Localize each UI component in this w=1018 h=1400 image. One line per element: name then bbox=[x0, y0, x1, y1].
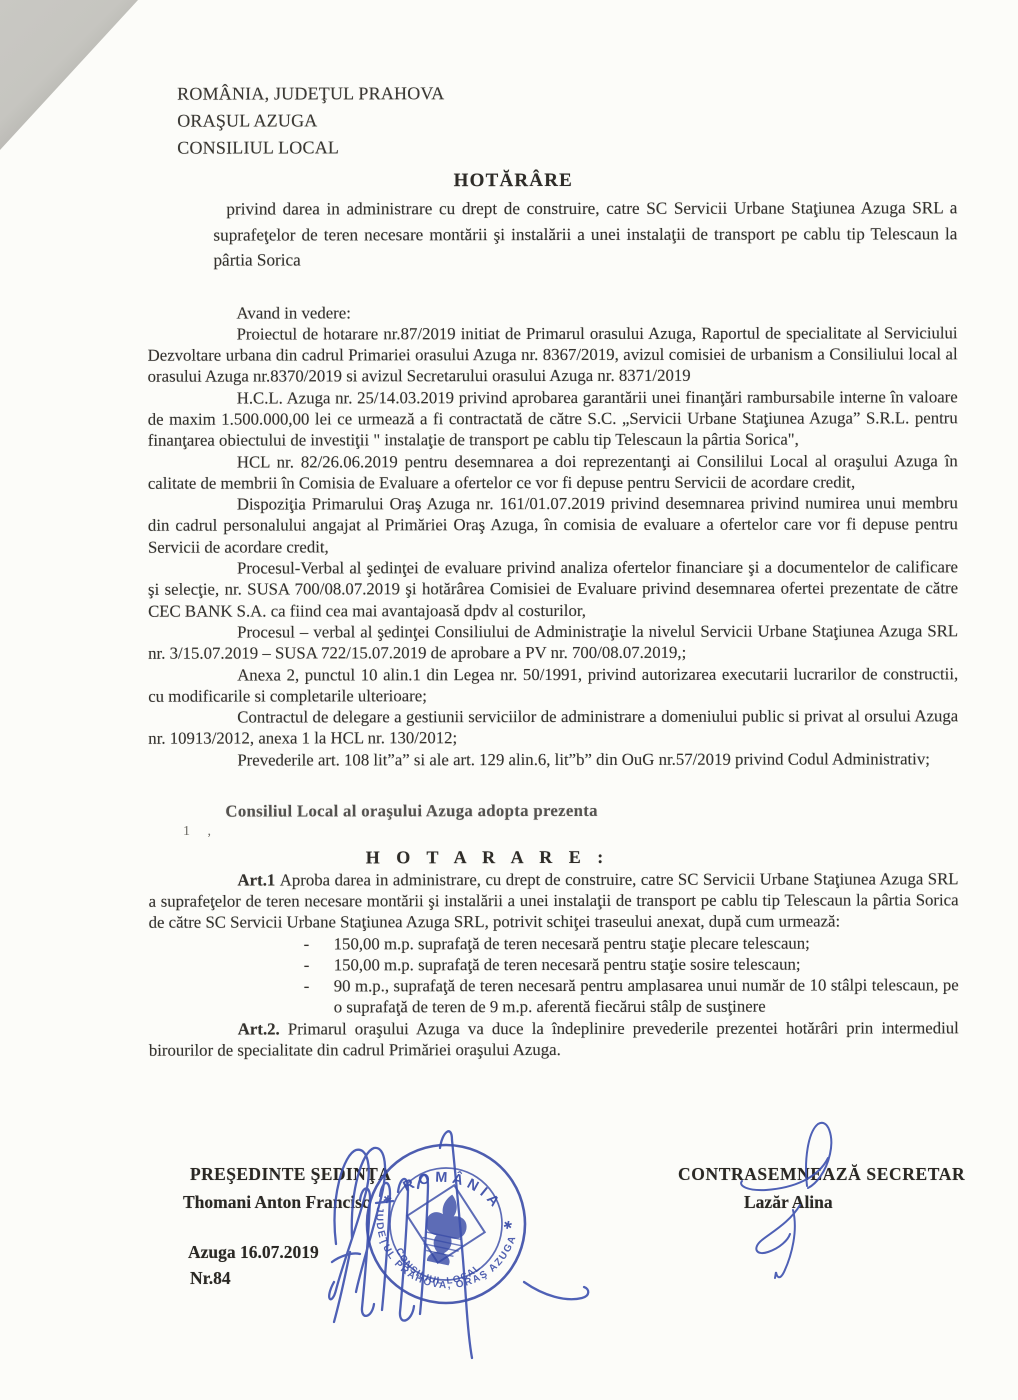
secretary-role-label: CONTRASEMNEAZĂ SECRETAR bbox=[678, 1164, 965, 1185]
header-country-county: ROMÂNIA, JUDEŢUL PRAHOVA bbox=[177, 79, 957, 107]
preamble-item: Contractul de delegare a gestiunii servi… bbox=[148, 705, 958, 749]
header-town: ORAŞUL AZUGA bbox=[177, 106, 957, 134]
preamble-item: Procesul – verbal al şedinţei Consiliulu… bbox=[148, 620, 958, 664]
council-round-stamp: ROMÂNIA ✱ ✱ JUDEŢUL PRAHOVA, ORAŞ AZUGA … bbox=[362, 1140, 530, 1308]
decision-heading: H O T A R A R E : bbox=[82, 847, 892, 870]
article-2: Art.2. Primarul oraşului Azuga va duce l… bbox=[149, 1017, 959, 1061]
document-body: ROMÂNIA, JUDEŢUL PRAHOVA ORAŞUL AZUGA CO… bbox=[147, 79, 959, 1061]
list-item: - 150,00 m.p. suprafaţă de teren necesar… bbox=[304, 932, 959, 954]
header-council: CONSILIUL LOCAL bbox=[177, 133, 957, 161]
bullet-text: 150,00 m.p. suprafaţă de teren necesară … bbox=[334, 953, 959, 975]
dash-bullet-icon: - bbox=[304, 954, 334, 975]
preamble-item: Proiectul de hotarare nr.87/2019 initiat… bbox=[148, 322, 958, 387]
article-1-label: Art.1 bbox=[238, 870, 276, 889]
page-corner-fold-artifact bbox=[0, 0, 138, 150]
preamble-item: Anexa 2, punctul 10 alin.1 din Legea nr.… bbox=[148, 663, 958, 707]
secretary-name: Lazăr Alina bbox=[744, 1192, 833, 1213]
preamble-intro: Avand in vedere: bbox=[148, 301, 958, 324]
preamble-item: HCL nr. 82/26.06.2019 pentru desemnarea … bbox=[148, 450, 958, 494]
preamble-item: Dispoziţia Primarului Oraş Azuga nr. 161… bbox=[148, 492, 958, 557]
preamble-item: H.C.L. Azuga nr. 25/14.03.2019 privind a… bbox=[148, 386, 958, 451]
article-2-label: Art.2. bbox=[238, 1019, 280, 1038]
star-icon: ✱ bbox=[382, 1193, 394, 1207]
preamble-section: Avand in vedere: Proiectul de hotarare n… bbox=[148, 301, 959, 771]
scanned-document-page: ROMÂNIA, JUDEŢUL PRAHOVA ORAŞUL AZUGA CO… bbox=[0, 0, 1018, 1400]
dash-bullet-icon: - bbox=[304, 933, 334, 954]
list-item: - 90 m.p., suprafaţă de teren necesară p… bbox=[304, 974, 959, 1018]
article-1: Art.1 Aproba darea in administrare, cu d… bbox=[149, 868, 959, 933]
document-title: HOTĂRÂRE bbox=[108, 169, 918, 192]
dash-bullet-icon: - bbox=[304, 976, 334, 1019]
document-subtitle: privind darea in administrare cu drept d… bbox=[213, 196, 957, 274]
bullet-list: - 150,00 m.p. suprafaţă de teren necesar… bbox=[304, 932, 959, 1018]
adoption-line: Consiliul Local al oraşului Azuga adopta… bbox=[225, 799, 958, 822]
document-number: Nr.84 bbox=[190, 1268, 231, 1289]
bullet-text: 150,00 m.p. suprafaţă de teren necesară … bbox=[334, 932, 959, 954]
stray-margin-mark: 1 , bbox=[183, 824, 218, 840]
list-item: - 150,00 m.p. suprafaţă de teren necesar… bbox=[304, 953, 959, 975]
bullet-text: 90 m.p., suprafaţă de teren necesară pen… bbox=[334, 974, 959, 1018]
document-header: ROMÂNIA, JUDEŢUL PRAHOVA ORAŞUL AZUGA CO… bbox=[177, 79, 957, 161]
president-name: Thomani Anton Francisc bbox=[183, 1192, 370, 1213]
preamble-item: Procesul-Verbal al şedinţei de evaluare … bbox=[148, 556, 958, 621]
star-icon: ✱ bbox=[502, 1219, 514, 1233]
document-place-date: Azuga 16.07.2019 bbox=[188, 1242, 319, 1263]
preamble-item: Prevederile art. 108 lit”a” si ale art. … bbox=[148, 748, 958, 771]
